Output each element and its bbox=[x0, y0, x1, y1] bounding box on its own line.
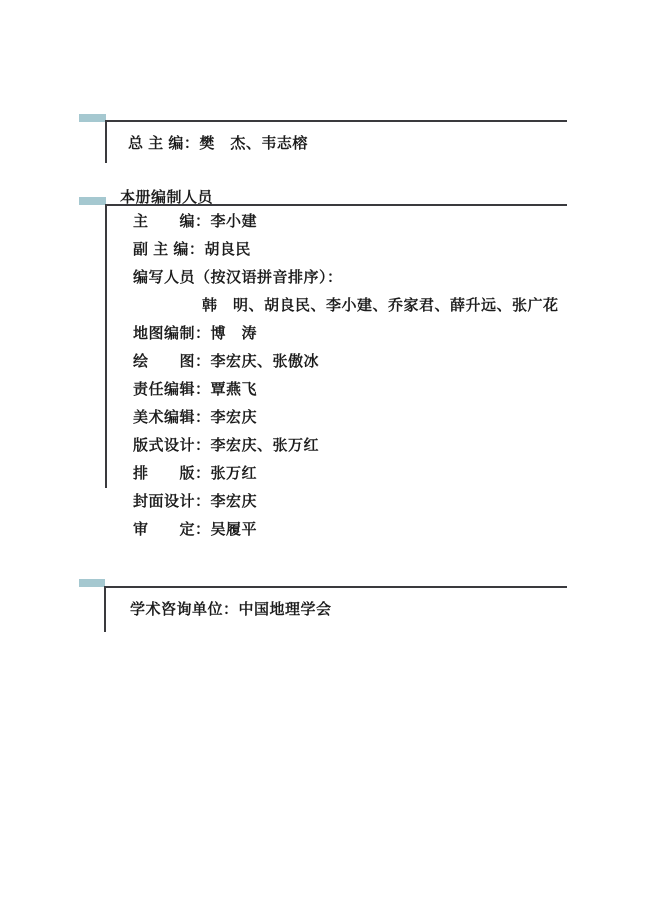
staff-row-writers-names: 韩 明、胡良民、李小建、乔家君、薛升远、张广花 bbox=[133, 292, 559, 320]
staff-row-map-compilation: 地图编制：博 涛 bbox=[133, 320, 559, 348]
accent-bar bbox=[79, 114, 106, 122]
colophon-page: 总 主 编：樊 杰、韦志榕 本册编制人员 主 编：李小建 副 主 编：胡良民 编… bbox=[0, 0, 650, 920]
vertical-rule bbox=[104, 586, 106, 632]
accent-bar bbox=[79, 197, 106, 205]
staff-row-deputy-editor: 副 主 编：胡良民 bbox=[133, 236, 559, 264]
advisory-line: 学术咨询单位：中国地理学会 bbox=[130, 598, 332, 619]
accent-bar bbox=[79, 579, 105, 587]
vertical-rule bbox=[105, 204, 107, 488]
staff-row-responsible-editor: 责任编辑：覃燕飞 bbox=[133, 376, 559, 404]
staff-row-art-editor: 美术编辑：李宏庆 bbox=[133, 404, 559, 432]
horizontal-rule bbox=[105, 586, 567, 588]
vertical-rule bbox=[105, 120, 107, 163]
horizontal-rule bbox=[106, 204, 567, 206]
staff-row-layout-design: 版式设计：李宏庆、张万红 bbox=[133, 432, 559, 460]
staff-row-editor: 主 编：李小建 bbox=[133, 208, 559, 236]
staff-row-writers-label: 编写人员（按汉语拼音排序）： bbox=[133, 264, 559, 292]
staff-row-typesetting: 排 版：张万红 bbox=[133, 460, 559, 488]
staff-row-approval: 审 定：吴履平 bbox=[133, 516, 559, 544]
horizontal-rule bbox=[106, 120, 567, 122]
chief-editor-line: 总 主 编：樊 杰、韦志榕 bbox=[128, 132, 308, 153]
staff-row-illustration: 绘 图：李宏庆、张傲冰 bbox=[133, 348, 559, 376]
staff-row-cover-design: 封面设计：李宏庆 bbox=[133, 488, 559, 516]
staff-list: 主 编：李小建 副 主 编：胡良民 编写人员（按汉语拼音排序）： 韩 明、胡良民… bbox=[133, 208, 559, 544]
